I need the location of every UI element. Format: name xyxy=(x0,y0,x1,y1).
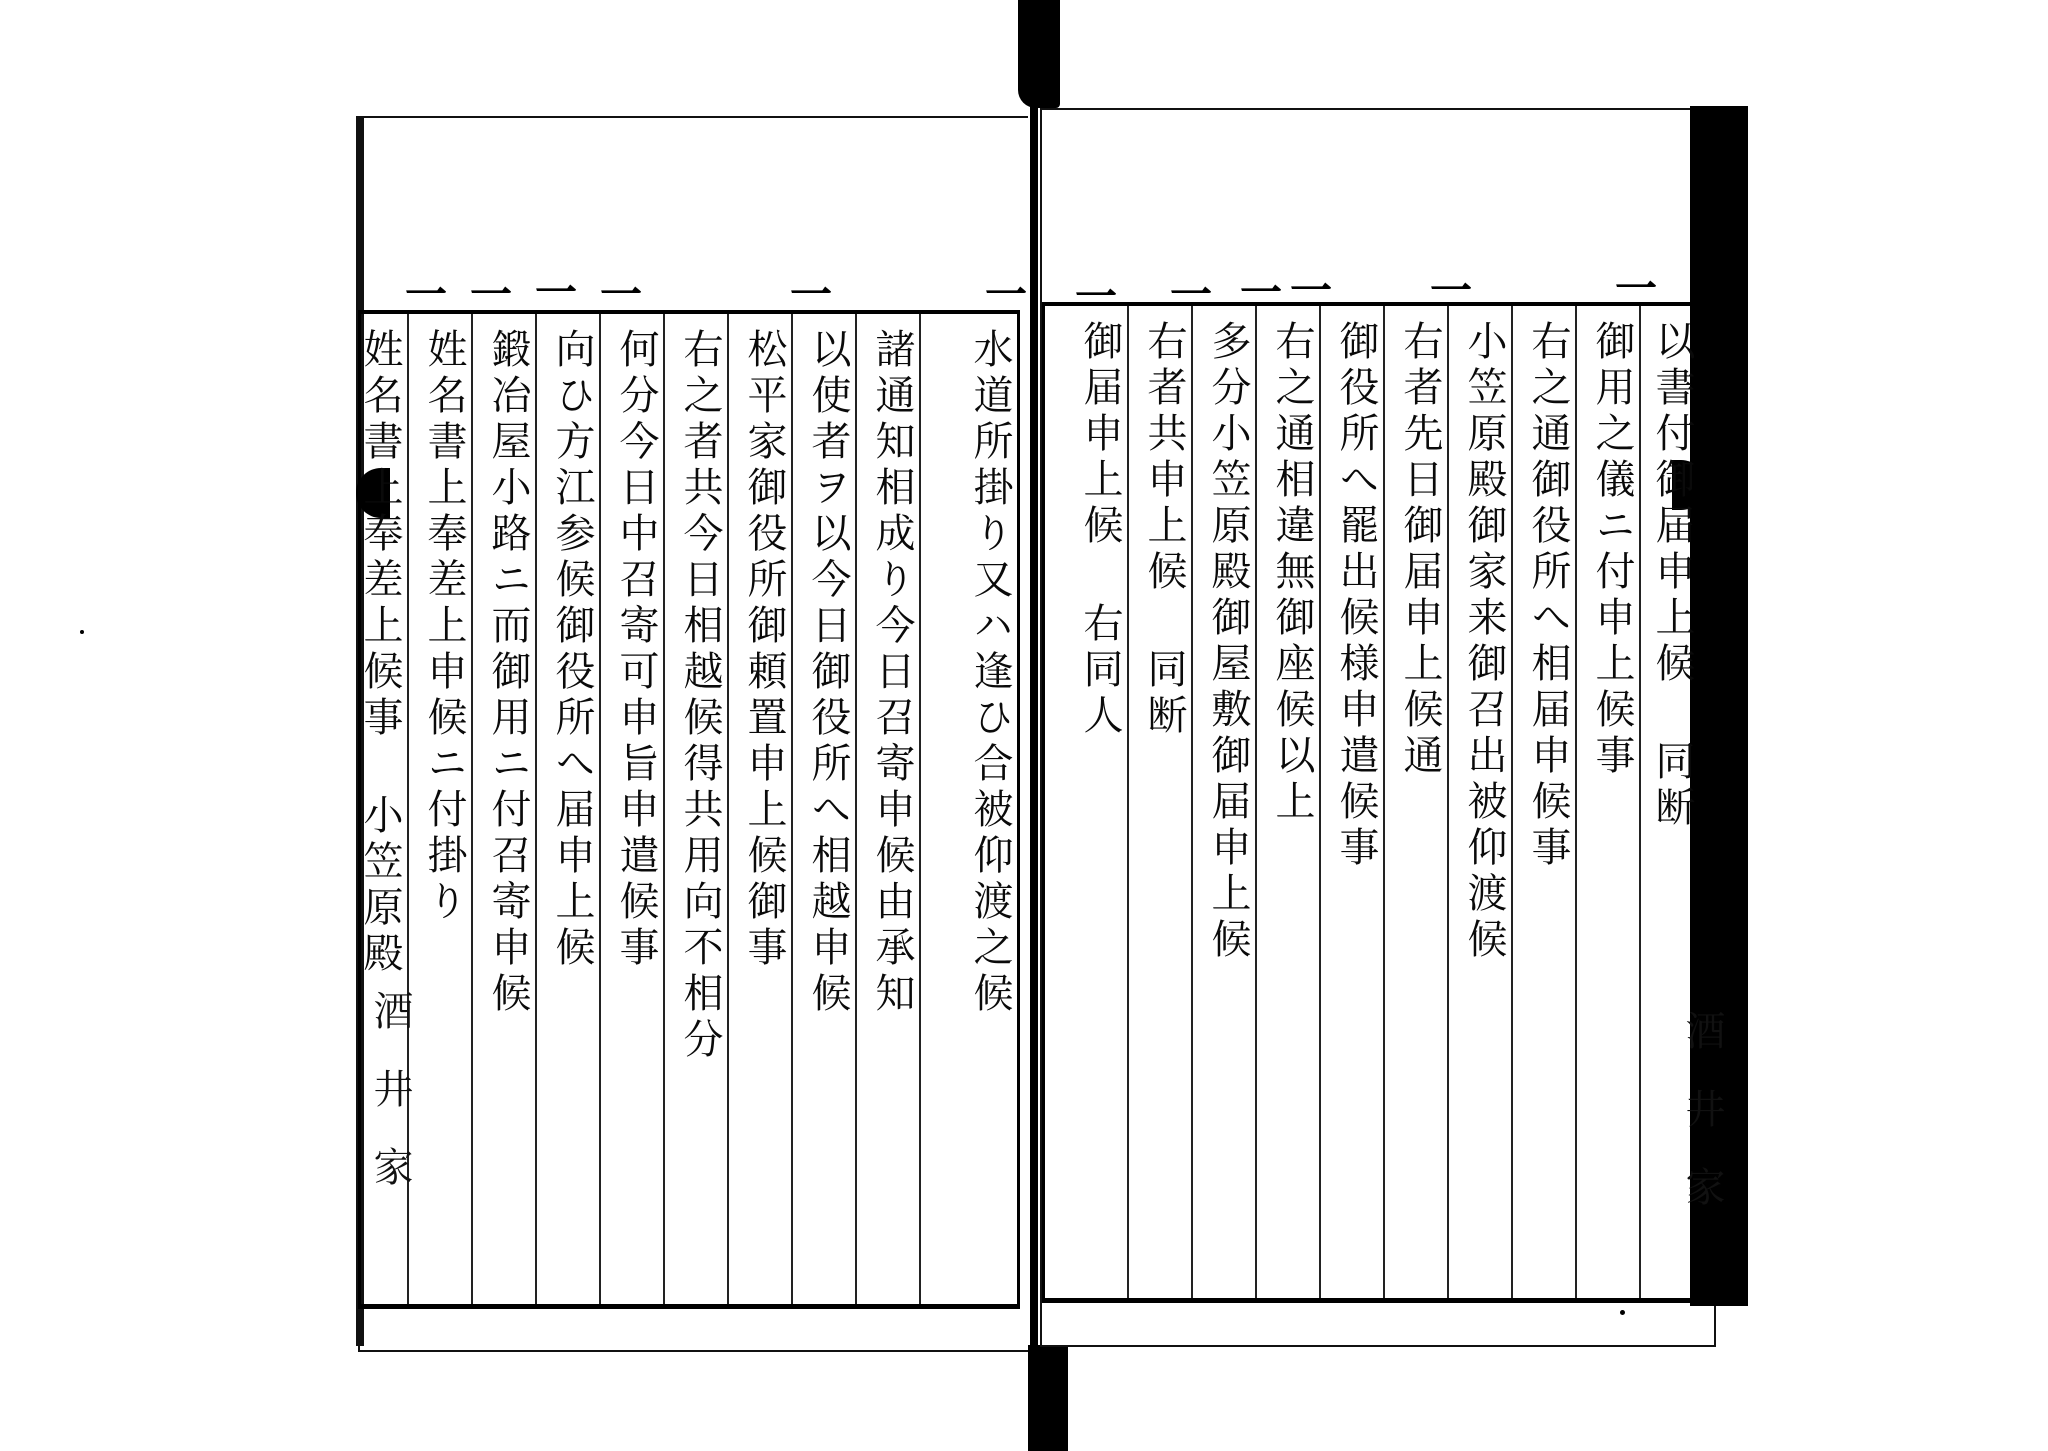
right-column-8: 多分小笠原殿御屋敷御届申上候 xyxy=(1191,306,1255,1298)
binding-spine-top xyxy=(1018,0,1060,108)
scan-speck xyxy=(80,630,84,634)
right-column-7: 右之通相違無御座候以上 xyxy=(1255,306,1319,1298)
scan-speck xyxy=(1620,1310,1625,1315)
right-column-6: 御役所へ罷出候様申遣候事 xyxy=(1319,306,1383,1298)
left-column-3: 以使者ヲ以今日御役所へ相越申候 xyxy=(791,314,855,1304)
left-margin-label: 酒井家 xyxy=(362,990,419,1290)
right-column-9: 右者共申上候 同断 xyxy=(1127,306,1191,1298)
item-mark: 一 xyxy=(985,262,1027,322)
item-mark: 一 xyxy=(1240,260,1282,320)
item-mark: 一 xyxy=(1075,264,1117,324)
item-mark: 一 xyxy=(1290,258,1332,318)
right-column-5: 右者先日御届申上候通 xyxy=(1383,306,1447,1298)
binding-spine-bottom xyxy=(1028,1345,1068,1451)
item-mark: 一 xyxy=(1430,258,1472,318)
left-column-5: 右之者共今日相越候得共用向不相分 xyxy=(663,314,727,1304)
right-column-10: 御届申上候 右同人 xyxy=(1045,306,1127,1298)
item-mark: 一 xyxy=(405,262,447,322)
right-page-text-frame: 以書付御届申上候 同断 御用之儀ニ付申上候事 右之通御役所へ相届申候事 小笠原殿… xyxy=(1042,302,1702,1303)
right-column-2: 御用之儀ニ付申上候事 xyxy=(1575,306,1639,1298)
item-mark: 一 xyxy=(600,262,642,322)
binding-spine xyxy=(1030,100,1038,1350)
left-column-7: 向ひ方江参候御役所へ届申上候 xyxy=(535,314,599,1304)
left-column-2: 諸通知相成り今日召寄申候由承知 xyxy=(855,314,919,1304)
item-mark: 一 xyxy=(535,260,577,320)
item-mark: 一 xyxy=(470,262,512,322)
right-column-3: 右之通御役所へ相届申候事 xyxy=(1511,306,1575,1298)
right-margin-label: 酒井家 xyxy=(1674,1010,1731,1300)
left-column-6: 何分今日中召寄可申旨申遣候事 xyxy=(599,314,663,1304)
left-page-text-frame: 水道所掛り又ハ逢ひ合被仰渡之候 諸通知相成り今日召寄申候由承知 以使者ヲ以今日御… xyxy=(358,310,1020,1309)
item-mark: 一 xyxy=(1170,262,1212,322)
left-column-8: 鍛冶屋小路ニ而御用ニ付召寄申候 xyxy=(471,314,535,1304)
right-column-4: 小笠原殿御家来御召出被仰渡候 xyxy=(1447,306,1511,1298)
left-column-1: 水道所掛り又ハ逢ひ合被仰渡之候 xyxy=(919,314,1017,1304)
item-mark: 一 xyxy=(790,262,832,322)
item-mark: 一 xyxy=(1615,256,1657,316)
left-column-4: 松平家御役所御頼置申上候御事 xyxy=(727,314,791,1304)
